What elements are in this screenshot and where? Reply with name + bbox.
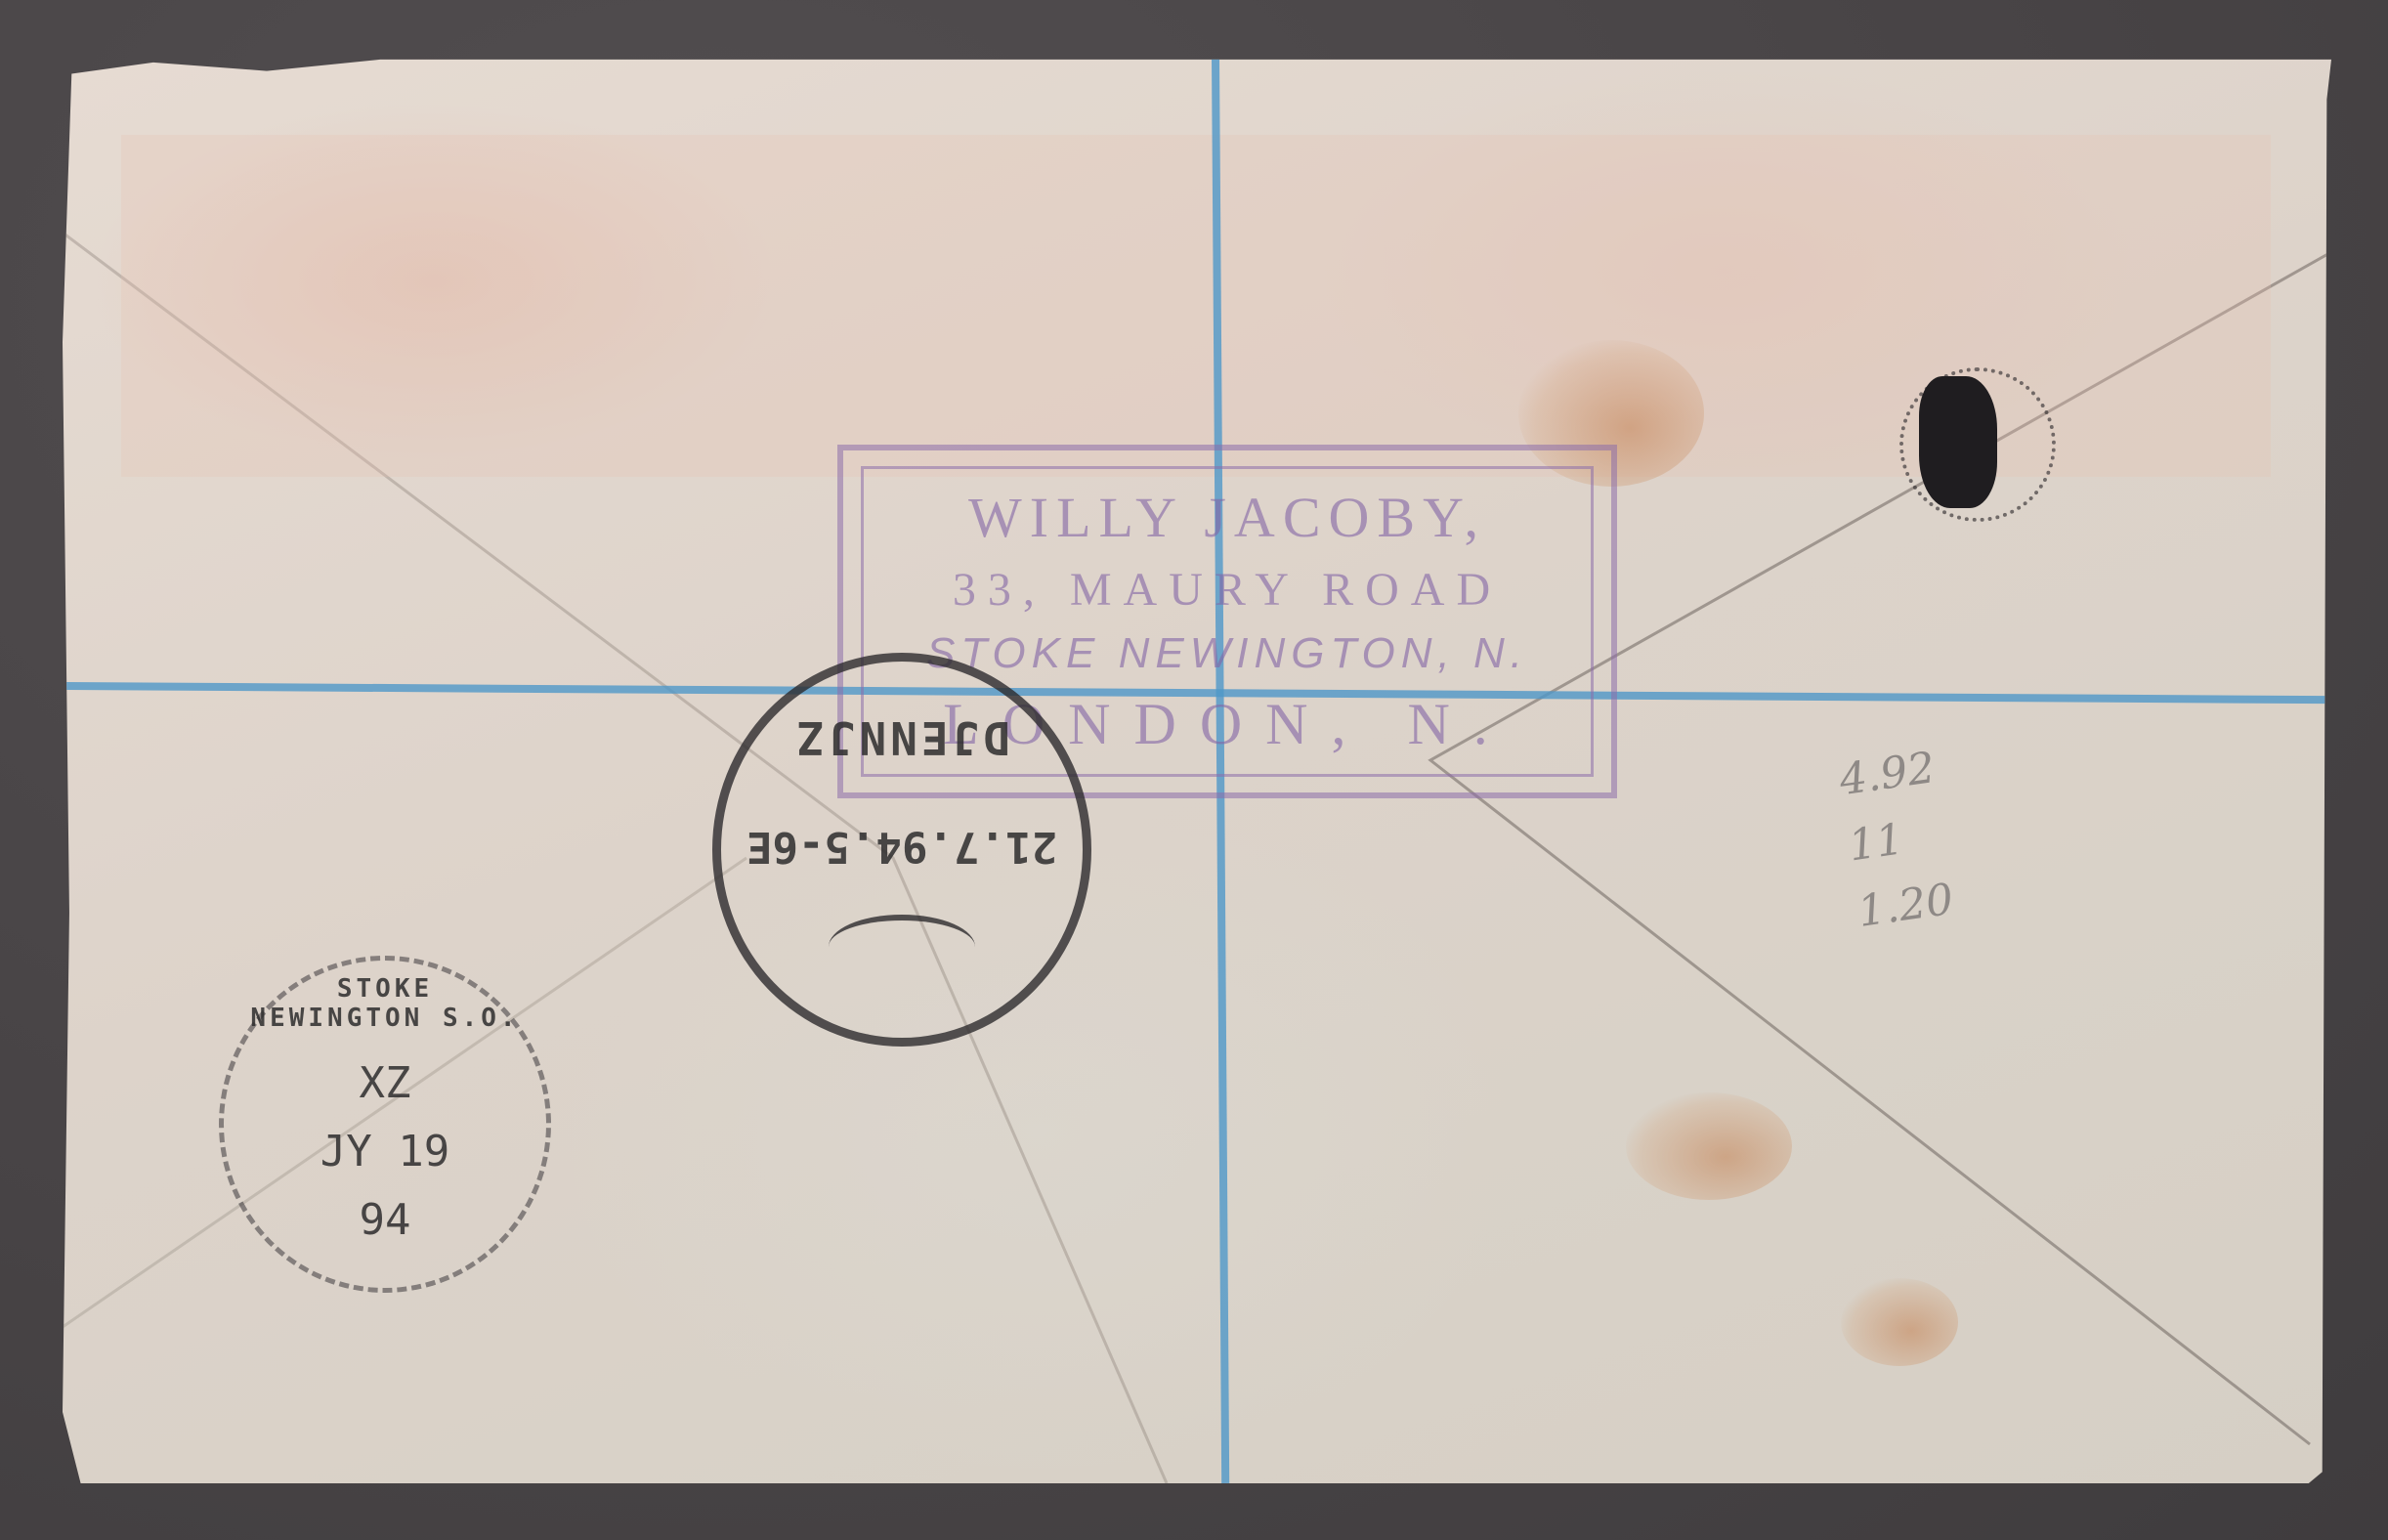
sender-area: STOKE NEWINGTON, N.	[926, 629, 1528, 678]
postmark-year: 94	[224, 1195, 546, 1245]
postmark-place: DJENNJZ	[721, 711, 1083, 764]
postmark-code: XZ	[224, 1058, 546, 1108]
departure-postmark: STOKE NEWINGTON S.O. XZ JY 19 94	[219, 956, 551, 1293]
postmark-place: STOKE NEWINGTON S.O.	[243, 974, 527, 1033]
envelope-back: WILLY JACOBY, 33, MAURY ROAD STOKE NEWIN…	[63, 57, 2331, 1483]
postmark-date: 21.7.94.5-6E	[721, 822, 1083, 872]
stain	[1626, 1092, 1792, 1200]
stain	[1841, 1278, 1958, 1366]
pencil-note: 4.92	[1835, 735, 1939, 814]
crown-icon	[829, 915, 975, 979]
sender-address: 33, MAURY ROAD	[953, 563, 1502, 617]
postmark-date: JY 19	[224, 1127, 546, 1176]
wax-seal	[1919, 376, 1997, 508]
pencil-note: 1.20	[1854, 867, 1957, 946]
arrival-postmark: 21.7.94.5-6E DJENNJZ	[712, 653, 1091, 1047]
sender-name: WILLY JACOBY,	[968, 485, 1486, 550]
